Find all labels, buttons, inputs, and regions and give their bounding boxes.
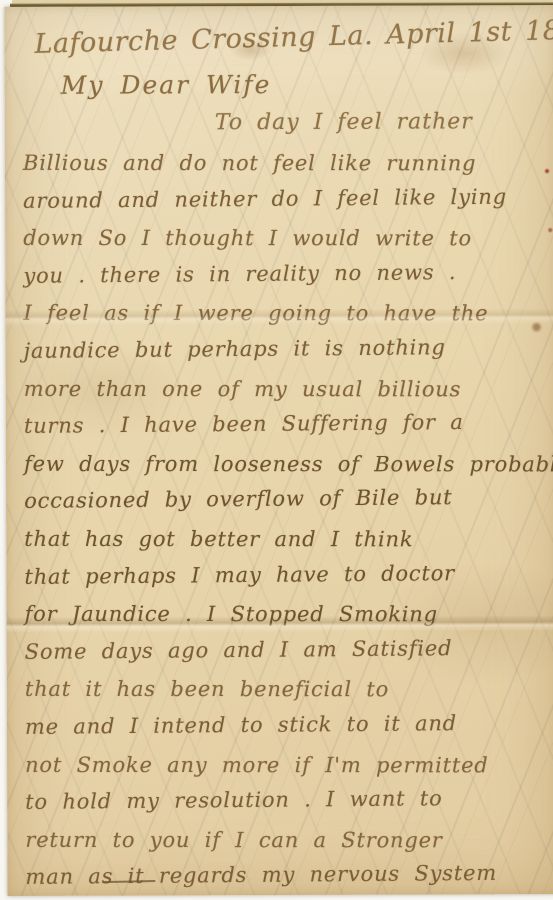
letter-line: that it has been beneficial to [25, 671, 549, 709]
letter-salutation: My Dear Wife [61, 69, 547, 107]
letter-line: jaundice but perhaps it is nothing [23, 328, 547, 370]
letter-line: that perhaps I may have to doctor [24, 554, 548, 596]
letter-page: Lafourche Crossing La. April 1st 1863 My… [4, 5, 553, 896]
letter-line: me and I intend to stick to it and [25, 704, 549, 746]
letter-line: Some days ago and I am Satisfied [25, 629, 549, 671]
letter-line: occasioned by overflow of Bile but [24, 479, 548, 521]
letter-line: few days from looseness of Bowels probab… [24, 446, 548, 484]
letter-line: To day I feel rather [215, 105, 547, 144]
letter-line: around and neither do I feel like lying [23, 178, 547, 220]
letter-line: to hold my resolution . I want to [25, 779, 549, 821]
letter-lines: Billious and do not feel like running ar… [23, 143, 550, 896]
letter-line: you . there is in reality no news . [23, 253, 547, 295]
letter-line: more than one of my usual billious [24, 370, 548, 408]
letter-heading: Lafourche Crossing La. April 1st 1863 [34, 11, 547, 70]
letter-line: man as it regards my nervous System [25, 855, 549, 896]
letter-body: Lafourche Crossing La. April 1st 1863 My… [23, 23, 550, 896]
scan-background: { "letter": { "heading": "Lafourche Cros… [0, 0, 553, 900]
letter-line: that has got better and I think [24, 521, 548, 559]
letter-line: for Jaundice . I Stopped Smoking [25, 596, 549, 634]
letter-line: turns . I have been Suffering for a [24, 403, 548, 445]
letter-line: not Smoke any more if I'm permitted [25, 746, 549, 784]
letter-line: I feel as if I were going to have the [24, 295, 548, 333]
letter-line: return to you if I can a Stronger [25, 822, 549, 860]
letter-line: Billious and do not feel like running [23, 145, 547, 183]
letter-line: down So I thought I would write to [23, 220, 547, 258]
